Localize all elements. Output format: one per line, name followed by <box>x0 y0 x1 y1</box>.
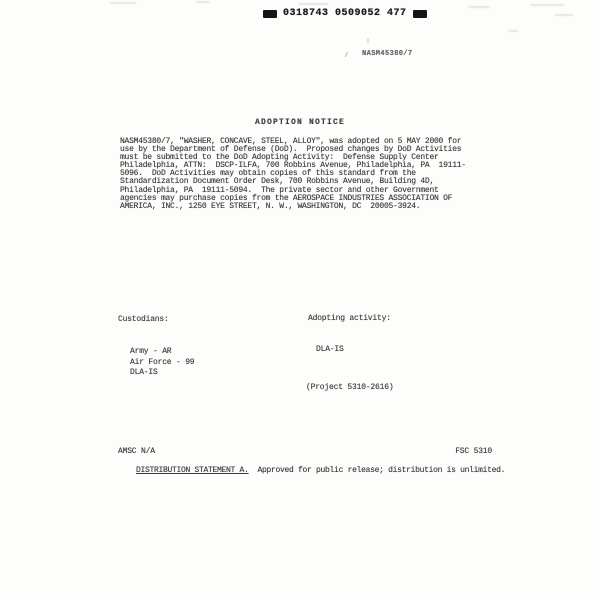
scan-noise <box>555 14 573 16</box>
stamp-block-right-icon <box>413 10 427 18</box>
document-id-stamp: 0318743 0509052 477 <box>263 8 427 19</box>
scan-noise <box>298 3 328 5</box>
scan-noise <box>110 2 136 4</box>
distribution-statement-text: Approved for public release; distributio… <box>249 466 506 475</box>
amsc-code: AMSC N/A <box>118 447 155 456</box>
scan-noise <box>468 6 490 8</box>
adopting-activity-value: DLA-IS <box>316 345 393 355</box>
scan-noise <box>196 1 210 3</box>
custodians-list: Army - AR Air Force - 99 DLA-IS <box>130 347 194 379</box>
scan-noise <box>508 30 518 32</box>
adopting-activity-heading: Adopting activity: <box>308 314 393 324</box>
page-title: ADOPTION NOTICE <box>0 118 600 127</box>
document-number: NASM45380/7 <box>362 50 413 58</box>
distribution-statement: DISTRIBUTION STATEMENT A. Approved for p… <box>118 457 538 484</box>
adoption-notice-paragraph: NASM45380/7, "WASHER, CONCAVE, STEEL, AL… <box>120 138 500 211</box>
footer-codes-row: AMSC N/A FSC 5310 <box>118 447 492 456</box>
custodians-heading: Custodians: <box>118 315 194 326</box>
distribution-statement-label: DISTRIBUTION STATEMENT A. <box>136 466 249 475</box>
custodians-block: Custodians: Army - AR Air Force - 99 DLA… <box>118 294 194 400</box>
scan-noise <box>367 38 369 43</box>
fsc-code: FSC 5310 <box>455 447 492 456</box>
stamp-block-left-icon <box>263 10 277 18</box>
project-number: (Project 5310-2616) <box>306 383 393 393</box>
stamp-code: 0318743 0509052 477 <box>283 8 407 19</box>
adopting-activity-block: Adopting activity: DLA-IS (Project 5310-… <box>308 294 393 413</box>
scan-noise <box>530 4 564 6</box>
scan-artifact <box>345 52 351 57</box>
scanned-document-page: 0318743 0509052 477 NASM45380/7 ADOPTION… <box>0 0 600 600</box>
